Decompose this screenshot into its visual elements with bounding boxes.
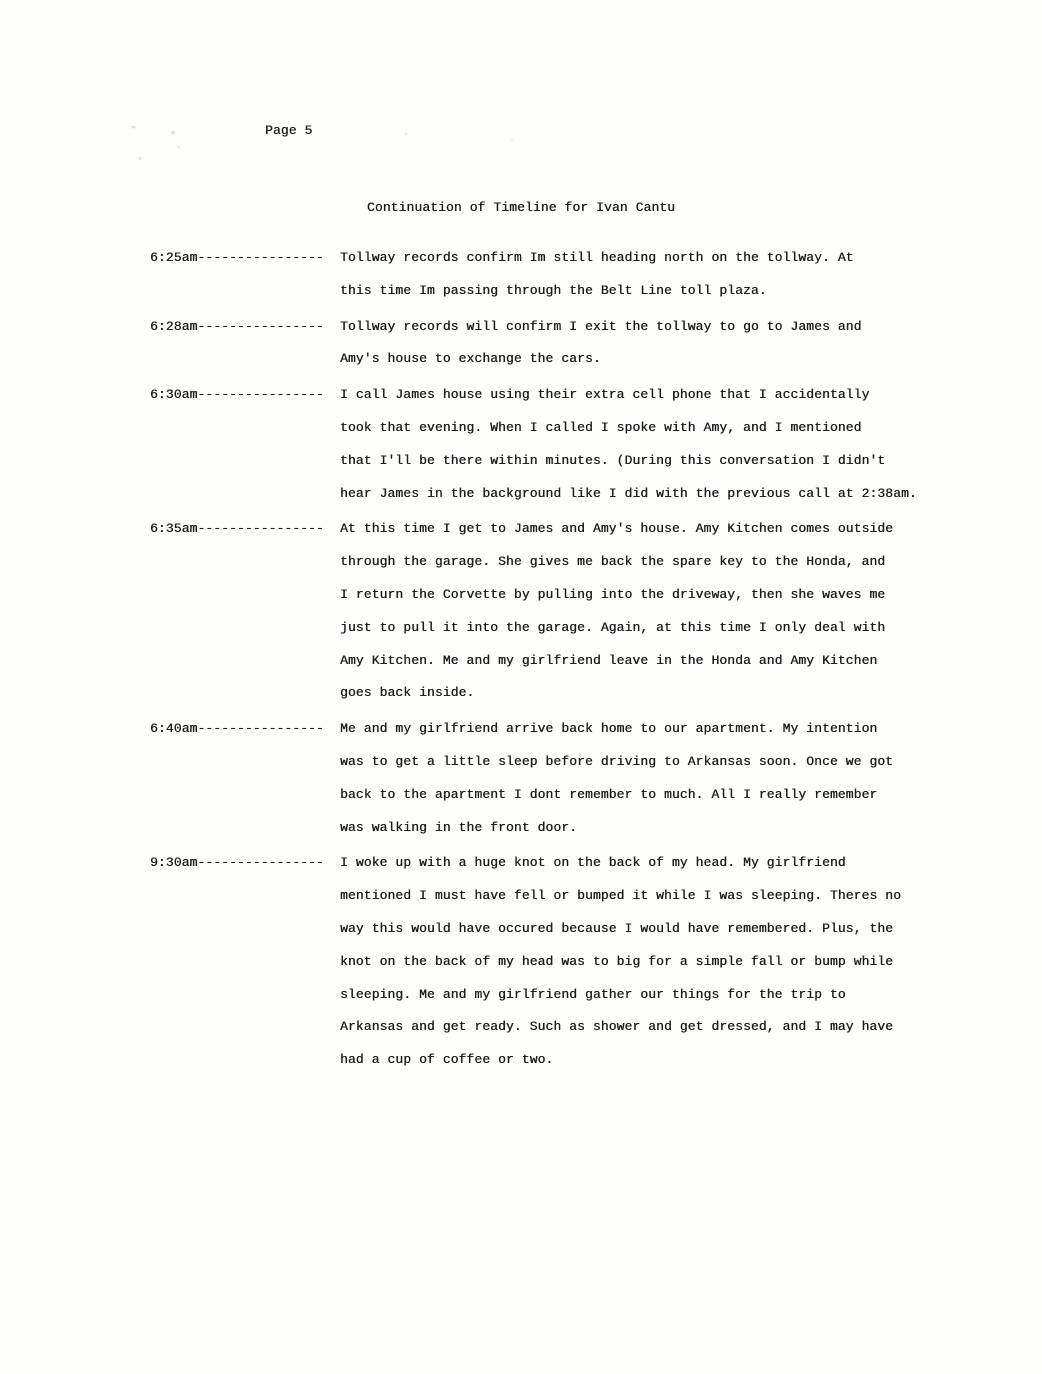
entry-time-label: 6:28am----------------	[150, 311, 340, 344]
entry-time-label: 6:35am----------------	[150, 513, 340, 546]
entry-time-label: 6:30am----------------	[150, 379, 340, 412]
entry-text-line: took that evening. When I called I spoke…	[340, 412, 917, 445]
entry-text-line: that I'll be there within minutes. (Duri…	[340, 445, 917, 478]
entry-text-line: mentioned I must have fell or bumped it …	[340, 880, 917, 913]
scan-artifact	[511, 139, 513, 141]
entry-text-line: through the garage. She gives me back th…	[340, 546, 917, 579]
entry-text: At this time I get to James and Amy's ho…	[340, 513, 917, 710]
entry-text-line: this time Im passing through the Belt Li…	[340, 275, 917, 308]
entry-text: I call James house using their extra cel…	[340, 379, 917, 510]
timeline-entry: 9:30am----------------I woke up with a h…	[150, 847, 917, 1077]
entry-text-line: Arkansas and get ready. Such as shower a…	[340, 1011, 917, 1044]
entry-text: Tollway records confirm Im still heading…	[340, 242, 917, 308]
entry-text-line: Amy Kitchen. Me and my girlfriend leave …	[340, 645, 917, 678]
entry-time-label: 6:25am----------------	[150, 242, 340, 275]
entry-text-line: knot on the back of my head was to big f…	[340, 946, 917, 979]
entry-text-line: hear James in the background like I did …	[340, 478, 917, 511]
timeline-entry: 6:30am----------------I call James house…	[150, 379, 917, 510]
entry-time-label: 6:40am----------------	[150, 713, 340, 746]
entry-text-line: goes back inside.	[340, 677, 917, 710]
scan-artifact	[171, 131, 175, 134]
timeline: 6:25am----------------Tollway records co…	[150, 242, 917, 1080]
timeline-entry: 6:35am----------------At this time I get…	[150, 513, 917, 710]
scan-artifact	[131, 126, 136, 128]
entry-time-label: 9:30am----------------	[150, 847, 340, 880]
entry-text: I woke up with a huge knot on the back o…	[340, 847, 917, 1077]
entry-text-line: had a cup of coffee or two.	[340, 1044, 917, 1077]
entry-text-line: I call James house using their extra cel…	[340, 379, 917, 412]
timeline-entry: 6:25am----------------Tollway records co…	[150, 242, 917, 308]
entry-text-line: At this time I get to James and Amy's ho…	[340, 513, 917, 546]
entry-text-line: was to get a little sleep before driving…	[340, 746, 917, 779]
timeline-entry: 6:28am----------------Tollway records wi…	[150, 311, 917, 377]
entry-text-line: way this would have occured because I wo…	[340, 913, 917, 946]
entry-text-line: Tollway records confirm Im still heading…	[340, 242, 917, 275]
entry-text-line: sleeping. Me and my girlfriend gather ou…	[340, 979, 917, 1012]
scan-artifact	[177, 146, 180, 148]
page-number: Page 5	[265, 123, 312, 138]
entry-text-line: was walking in the front door.	[340, 812, 917, 845]
document-title: Continuation of Timeline for Ivan Cantu	[0, 200, 1042, 215]
entry-text-line: I return the Corvette by pulling into th…	[340, 579, 917, 612]
scan-artifact	[405, 133, 407, 135]
entry-text-line: Tollway records will confirm I exit the …	[340, 311, 917, 344]
entry-text-line: Me and my girlfriend arrive back home to…	[340, 713, 917, 746]
entry-text-line: Amy's house to exchange the cars.	[340, 343, 917, 376]
entry-text: Me and my girlfriend arrive back home to…	[340, 713, 917, 844]
entry-text-line: back to the apartment I dont remember to…	[340, 779, 917, 812]
entry-text-line: just to pull it into the garage. Again, …	[340, 612, 917, 645]
scan-artifact	[139, 157, 141, 160]
entry-text-line: I woke up with a huge knot on the back o…	[340, 847, 917, 880]
timeline-entry: 6:40am----------------Me and my girlfrie…	[150, 713, 917, 844]
entry-text: Tollway records will confirm I exit the …	[340, 311, 917, 377]
